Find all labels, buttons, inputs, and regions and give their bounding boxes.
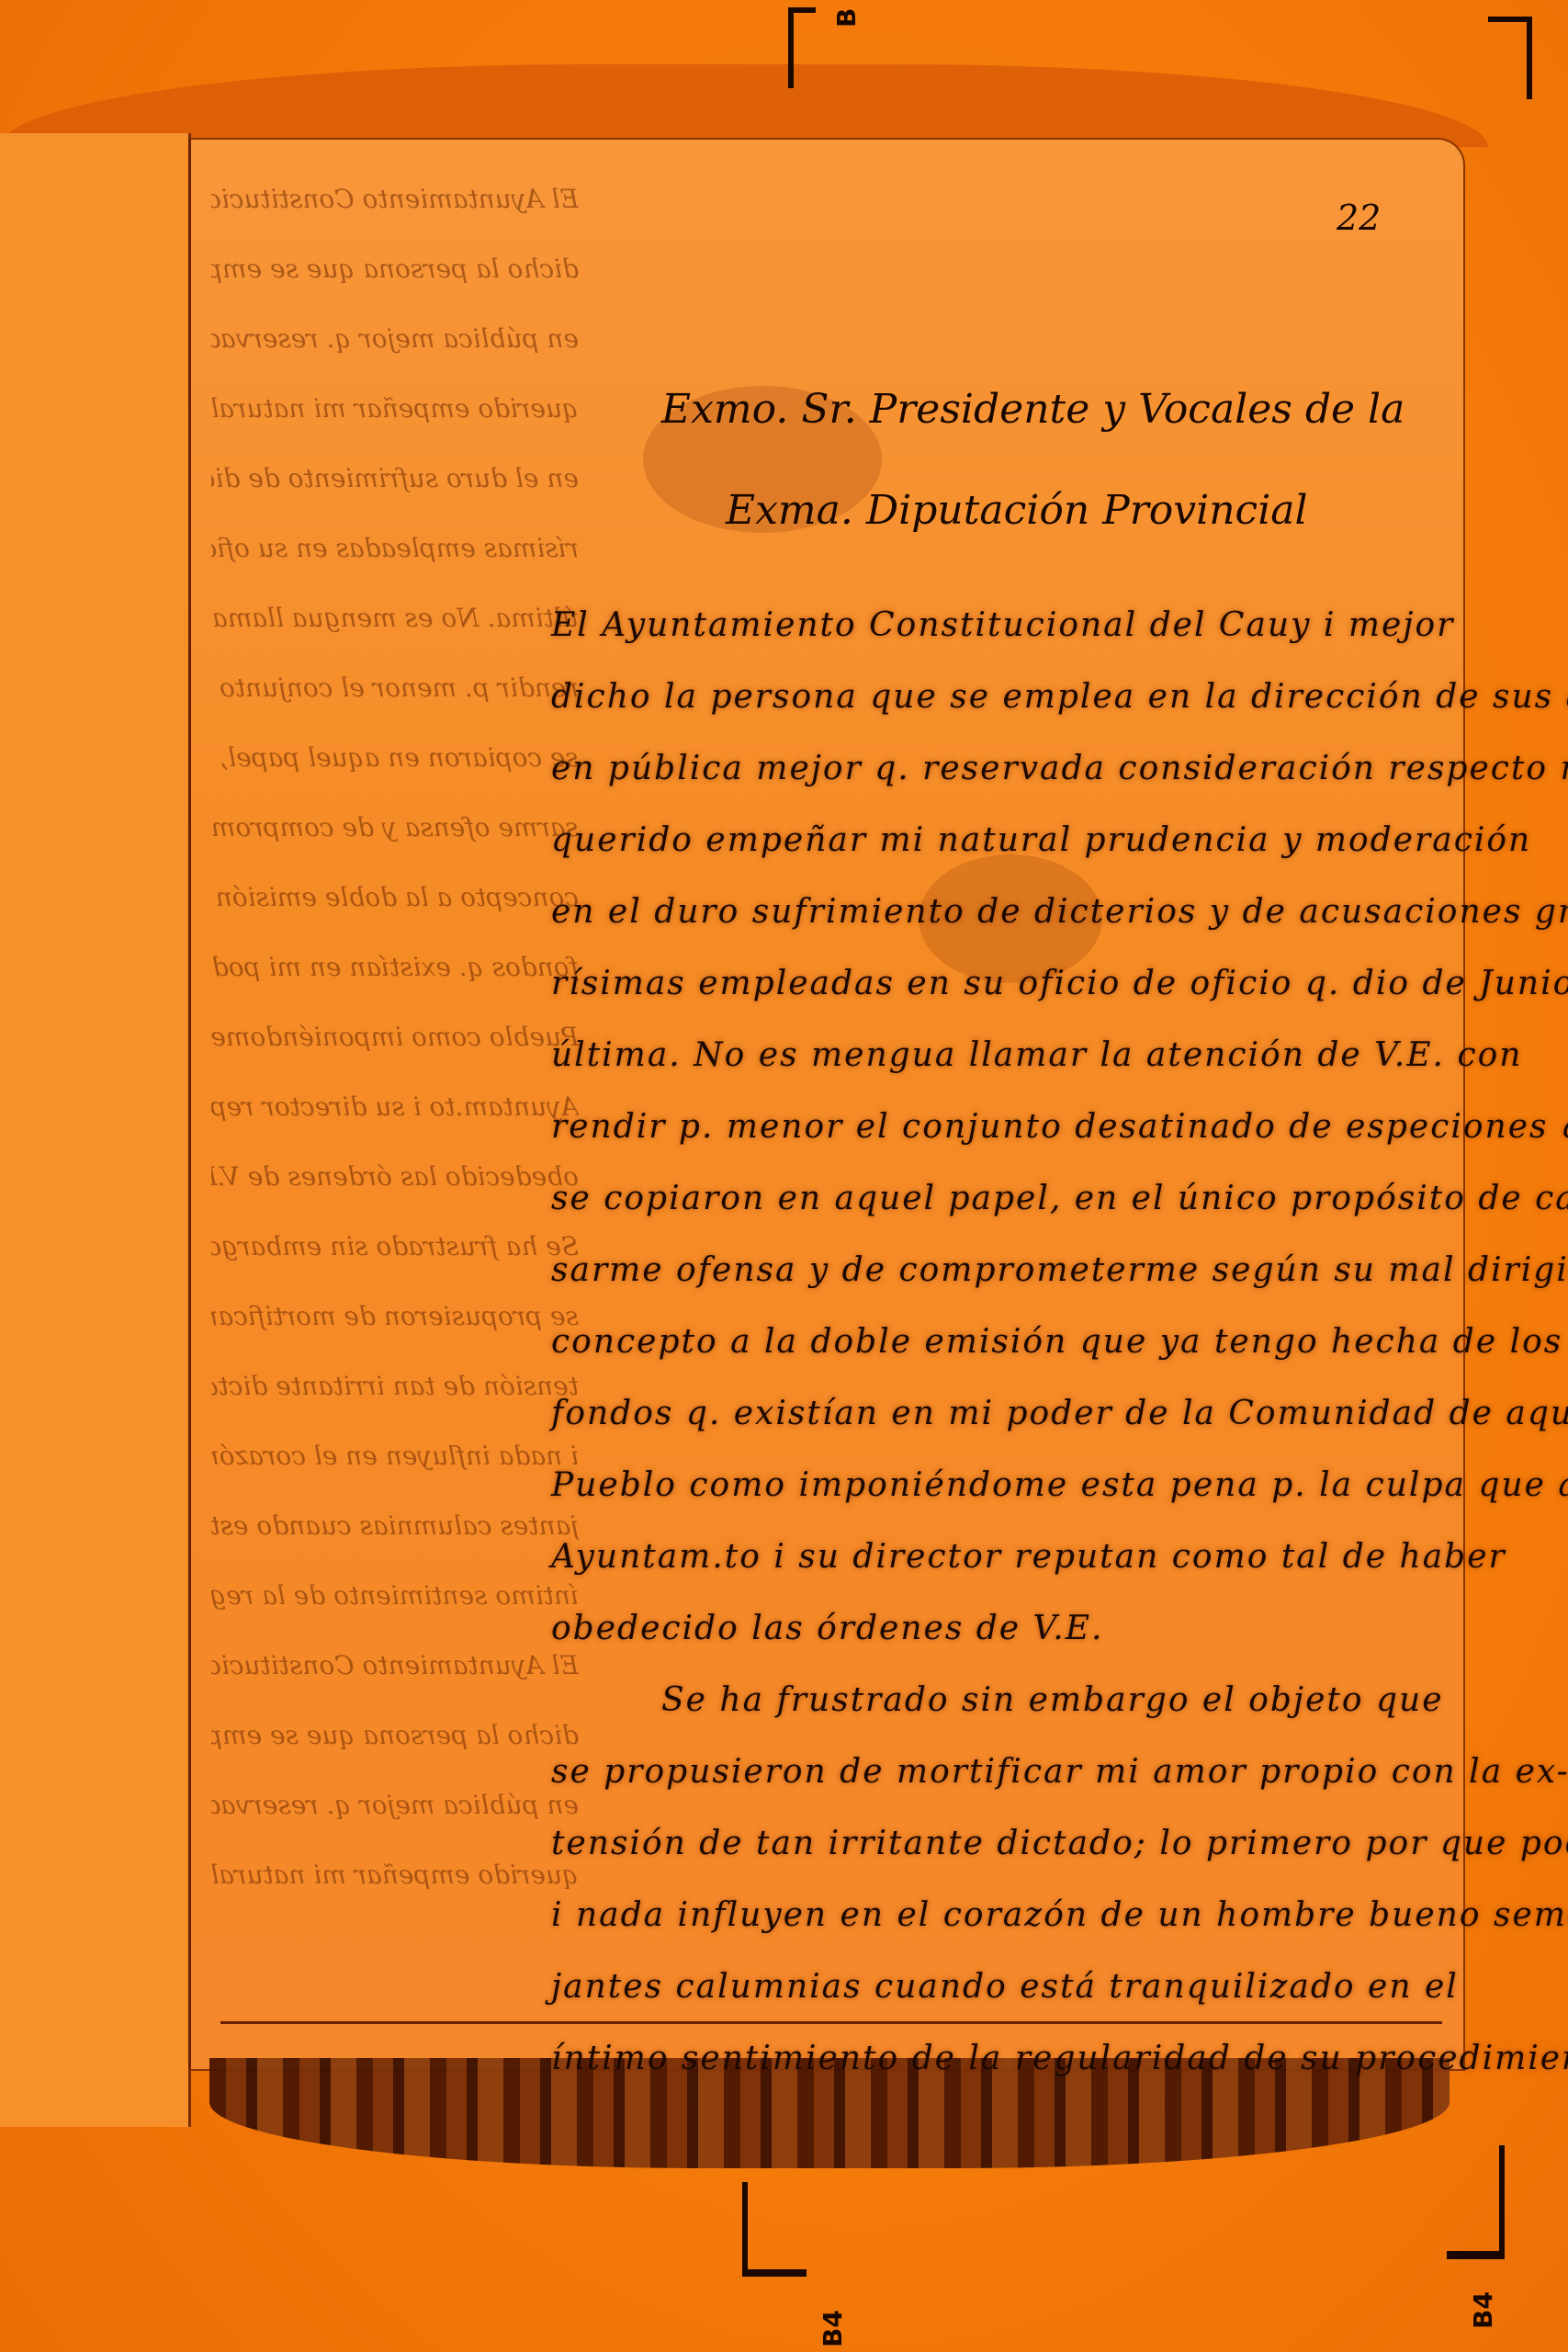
text-line: querido empeñar mi natural prudencia y m… — [551, 821, 1442, 893]
page-number: 22 — [1337, 198, 1381, 238]
text-line: jantes calumnias cuando está tranquiliza… — [551, 1968, 1442, 2040]
text-line: rísimas empleadas en su oficio de oficio… — [551, 965, 1442, 1036]
text-line: obedecido las órdenes de V.E. — [551, 1610, 1442, 1681]
bleed-through-text: El Ayuntamiento Constitucional del Cauy … — [211, 184, 579, 1929]
text-line: se copiaron en aquel papel, en el único … — [551, 1180, 1442, 1251]
text-line: El Ayuntamiento Constitucional del Cauy … — [551, 606, 1442, 678]
text-line: última. No es mengua llamar la atención … — [551, 1036, 1442, 1108]
crop-mark-bottom-left — [742, 2182, 748, 2274]
text-line: sarme ofensa y de comprometerme según su… — [551, 1251, 1442, 1323]
crop-mark-bottom-right — [1499, 2145, 1505, 2256]
heading-line-1: Exmo. Sr. Presidente y Vocales de la — [661, 386, 1404, 433]
left-page-fragment — [0, 133, 191, 2127]
crop-label-top: B — [831, 8, 862, 28]
text-line: tensión de tan irritante dictado; lo pri… — [551, 1825, 1442, 1896]
heading-line-2: Exma. Diputación Provincial — [726, 487, 1308, 534]
crop-label-bottom-left: B4 — [818, 2310, 848, 2347]
text-line: rendir p. menor el conjunto desatinado d… — [551, 1108, 1442, 1180]
crop-mark-bottom-right — [1447, 2251, 1505, 2259]
text-line: en pública mejor q. reservada considerac… — [551, 750, 1442, 821]
text-line: dicho la persona que se emplea en la dir… — [551, 678, 1442, 750]
text-line: concepto a la doble emisión que ya tengo… — [551, 1323, 1442, 1395]
crop-mark-top-right — [1488, 17, 1532, 22]
text-line: i nada influyen en el corazón de un homb… — [551, 1896, 1442, 1968]
text-line: fondos q. existían en mi poder de la Com… — [551, 1395, 1442, 1466]
crop-mark-top-right — [1527, 17, 1532, 99]
text-line: Pueblo como imponiéndome esta pena p. la… — [551, 1466, 1442, 1538]
crop-mark-top-left — [788, 7, 794, 88]
manuscript-body: El Ayuntamiento Constitucional del Cauy … — [551, 606, 1442, 2111]
crop-mark-bottom-left — [742, 2269, 807, 2277]
text-line: se propusieron de mortificar mi amor pro… — [551, 1753, 1442, 1825]
text-line: íntimo sentimiento de la regularidad de … — [551, 2040, 1442, 2111]
crop-mark-top-left — [788, 7, 816, 13]
text-line: en el duro sufrimiento de dicterios y de… — [551, 893, 1442, 965]
crop-label-bottom-right: B4 — [1468, 2291, 1498, 2329]
text-line: Se ha frustrado sin embargo el objeto qu… — [551, 1681, 1442, 1753]
text-line: Ayuntam.to i su director reputan como ta… — [551, 1538, 1442, 1610]
